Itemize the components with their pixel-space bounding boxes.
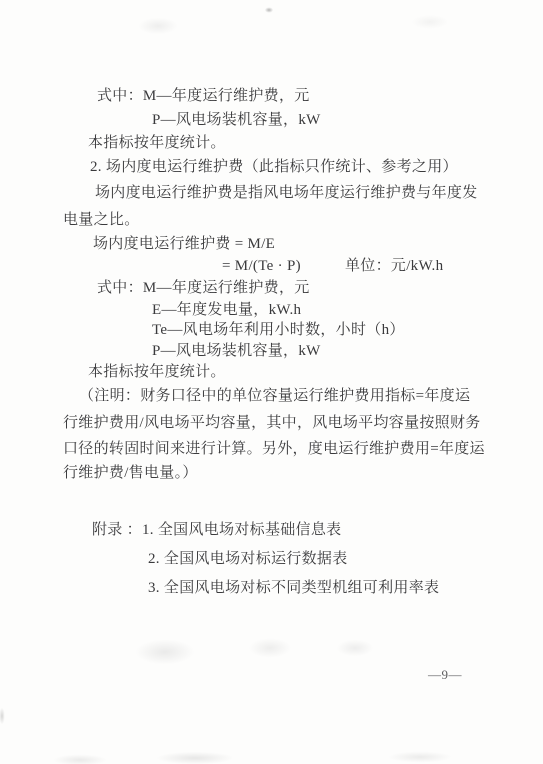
formula2-legend-p: P—风电场装机容量，kW xyxy=(152,342,321,361)
formula2-expanded: = M/(Te · P) xyxy=(222,257,301,276)
definition-para-2: 电量之比。 xyxy=(63,211,140,230)
formula2-legend-m: 式中：M—年度运行维护费，元 xyxy=(97,279,310,298)
appendix-item-2: 2. 全国风电场对标运行数据表 xyxy=(148,550,348,569)
formula1-legend-p: P—风电场装机容量，kW xyxy=(152,111,321,130)
appendix-item-1: 附录 ：1. 全国风电场对标基础信息表 xyxy=(92,521,341,540)
definition-para-1: 场内度电运行维护费是指风电场年度运行维护费与年度发 xyxy=(95,184,478,203)
remark-line-1: （注明：财务口径中的单位容量运行维护费用指标=年度运 xyxy=(79,387,470,406)
formula2-unit: 单位：元/kW.h xyxy=(345,257,443,276)
page-number: —9— xyxy=(428,667,462,683)
remark-line-3: 口径的转固时间来进行计算。另外，度电运行维护费用=年度运 xyxy=(63,440,485,459)
scanned-document-page: 式中：M—年度运行维护费，元 P—风电场装机容量，kW 本指标按年度统计。 2.… xyxy=(0,0,543,764)
formula2-legend-e: E—年度发电量，kW.h xyxy=(152,301,301,320)
remark-line-4: 行维护费/售电量。） xyxy=(63,464,198,483)
section2-heading: 2. 场内度电运行维护费（此指标只作统计、参考之用） xyxy=(90,158,458,177)
stat-note-1: 本指标按年度统计。 xyxy=(88,134,226,153)
appendix-item-3: 3. 全国风电场对标不同类型机组可利用率表 xyxy=(148,579,439,598)
formula2-legend-te: Te—风电场年利用小时数，小时（h） xyxy=(152,321,405,340)
remark-line-2: 行维护费用/风电场平均容量，其中，风电场平均容量按照财务 xyxy=(63,414,481,433)
formula2-main: 场内度电运行维护费 = M/E xyxy=(93,235,275,254)
stat-note-2: 本指标按年度统计。 xyxy=(88,363,226,382)
formula1-legend-m: 式中：M—年度运行维护费，元 xyxy=(97,87,310,106)
